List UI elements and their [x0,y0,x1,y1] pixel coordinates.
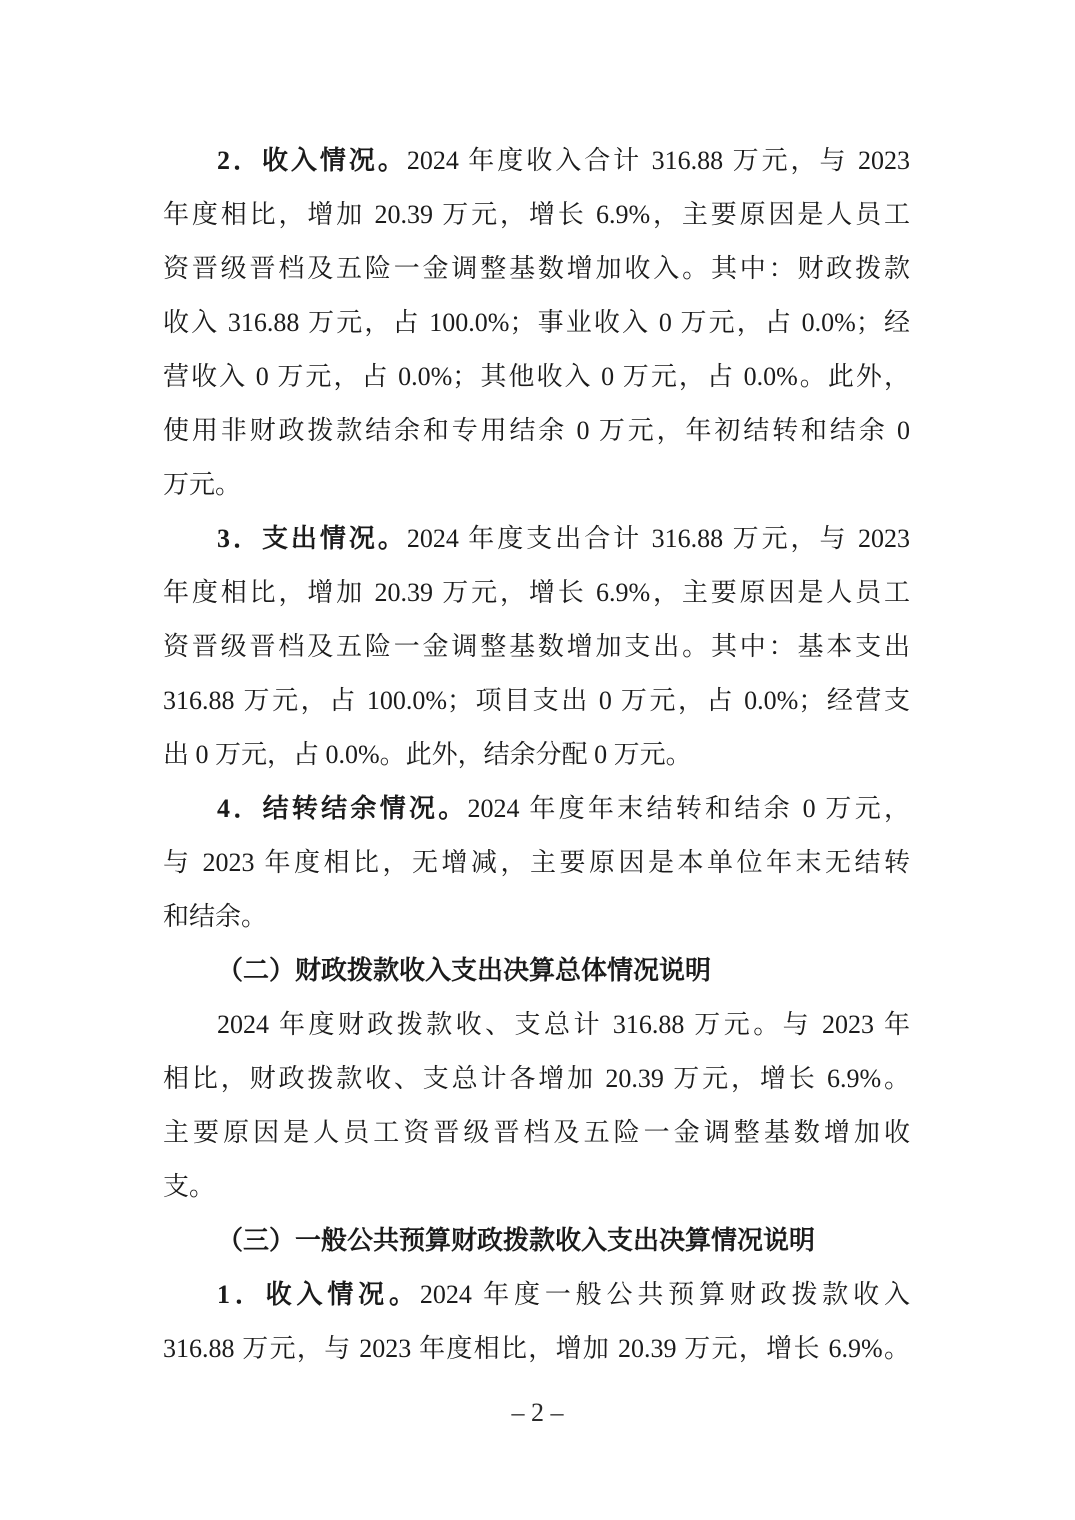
text-line: 年度相比，增加 20.39 万元，增长 6.9%，主要原因是人员工 [163,188,910,242]
document-page: 2．收入情况。2024 年度收入合计 316.88 万元，与 2023年度相比，… [0,0,1075,1520]
text-segment: 2024 年度收入合计 316.88 万元，与 2023 [407,146,910,175]
text-segment: 2024 年度财政拨款收、支总计 316.88 万元。与 2023 年 [217,1010,910,1039]
text-segment: 316.88 万元，与 2023 年度相比，增加 20.39 万元，增长 6.9… [163,1334,910,1363]
text-segment: 2024 年度一般公共预算财政拨款收入 [420,1280,910,1309]
text-line: 出 0 万元，占 0.0%。此外，结余分配 0 万元。 [163,728,910,782]
text-line: 支。 [163,1160,910,1214]
text-line: 相比，财政拨款收、支总计各增加 20.39 万元，增长 6.9%。 [163,1052,910,1106]
text-segment: 与 2023 年度相比，无增减，主要原因是本单位年末无结转 [163,848,910,877]
text-line: （三）一般公共预算财政拨款收入支出决算情况说明 [163,1214,910,1268]
text-line: 316.88 万元，占 100.0%；项目支出 0 万元，占 0.0%；经营支 [163,674,910,728]
text-segment: 收入 316.88 万元，占 100.0%；事业收入 0 万元，占 0.0%；经 [163,308,910,337]
text-line: 和结余。 [163,890,910,944]
text-segment: 和结余。 [163,902,267,931]
text-line: 4．结转结余情况。2024 年度年末结转和结余 0 万元， [163,782,910,836]
text-segment: 年度相比，增加 20.39 万元，增长 6.9%，主要原因是人员工 [163,200,910,229]
page-number: – 2 – [0,1396,1075,1430]
text-line: 2．收入情况。2024 年度收入合计 316.88 万元，与 2023 [163,134,910,188]
text-line: 使用非财政拨款结余和专用结余 0 万元，年初结转和结余 0 [163,404,910,458]
text-segment: 年度相比，增加 20.39 万元，增长 6.9%，主要原因是人员工 [163,578,910,607]
text-line: 营收入 0 万元，占 0.0%；其他收入 0 万元，占 0.0%。此外， [163,350,910,404]
text-segment: 资晋级晋档及五险一金调整基数增加收入。其中：财政拨款 [163,254,910,283]
text-line: 3．支出情况。2024 年度支出合计 316.88 万元，与 2023 [163,512,910,566]
text-segment: 资晋级晋档及五险一金调整基数增加支出。其中：基本支出 [163,632,910,661]
text-segment: 支。 [163,1172,215,1201]
text-line: 年度相比，增加 20.39 万元，增长 6.9%，主要原因是人员工 [163,566,910,620]
text-segment: 相比，财政拨款收、支总计各增加 20.39 万元，增长 6.9%。 [163,1064,910,1093]
text-line: 1．收入情况。2024 年度一般公共预算财政拨款收入 [163,1268,910,1322]
text-line: 万元。 [163,458,910,512]
text-segment: 使用非财政拨款结余和专用结余 0 万元，年初结转和结余 0 [163,416,910,445]
text-segment: 出 0 万元，占 0.0%。此外，结余分配 0 万元。 [163,740,692,769]
text-segment: 营收入 0 万元，占 0.0%；其他收入 0 万元，占 0.0%。此外， [163,362,910,391]
text-line: 资晋级晋档及五险一金调整基数增加支出。其中：基本支出 [163,620,910,674]
text-segment: 主要原因是人员工资晋级晋档及五险一金调整基数增加收 [163,1118,910,1147]
text-line: 与 2023 年度相比，无增减，主要原因是本单位年末无结转 [163,836,910,890]
heading-segment: （二）财政拨款收入支出决算总体情况说明 [217,956,711,985]
heading-segment: 3．支出情况。 [217,524,407,553]
text-segment: 万元。 [163,470,241,499]
heading-segment: 2．收入情况。 [217,146,407,175]
text-segment: 2024 年度支出合计 316.88 万元，与 2023 [407,524,910,553]
text-line: （二）财政拨款收入支出决算总体情况说明 [163,944,910,998]
text-line: 主要原因是人员工资晋级晋档及五险一金调整基数增加收 [163,1106,910,1160]
heading-segment: 1．收入情况。 [217,1280,420,1309]
text-line: 316.88 万元，与 2023 年度相比，增加 20.39 万元，增长 6.9… [163,1322,910,1376]
text-line: 资晋级晋档及五险一金调整基数增加收入。其中：财政拨款 [163,242,910,296]
heading-segment: 4．结转结余情况。 [217,794,468,823]
text-segment: 2024 年度年末结转和结余 0 万元， [468,794,910,823]
body-text: 2．收入情况。2024 年度收入合计 316.88 万元，与 2023年度相比，… [163,134,910,1376]
text-line: 2024 年度财政拨款收、支总计 316.88 万元。与 2023 年 [163,998,910,1052]
text-line: 收入 316.88 万元，占 100.0%；事业收入 0 万元，占 0.0%；经 [163,296,910,350]
text-segment: 316.88 万元，占 100.0%；项目支出 0 万元，占 0.0%；经营支 [163,686,910,715]
heading-segment: （三）一般公共预算财政拨款收入支出决算情况说明 [217,1226,815,1255]
